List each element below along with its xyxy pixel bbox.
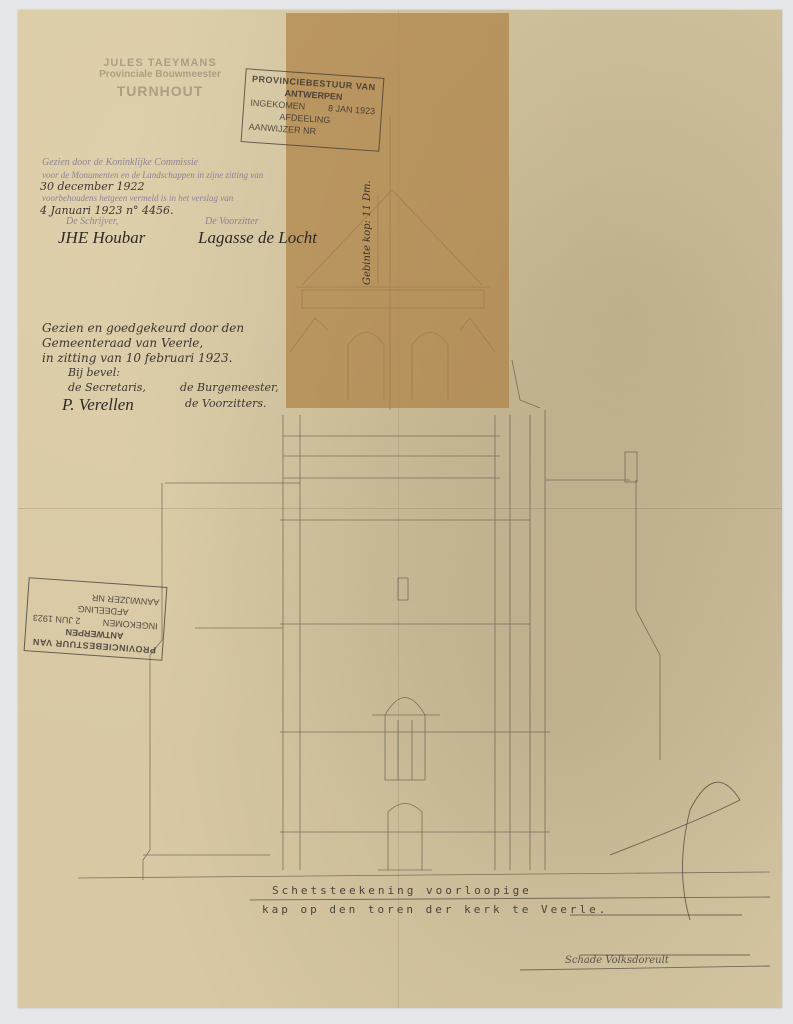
letterhead-name: JULES TAEYMANS: [60, 57, 260, 69]
letterhead-city: TURNHOUT: [60, 83, 260, 99]
secretary-signature: JHE Houbar: [58, 228, 145, 248]
commission-line-4: voorbehoudens hetgeen vermeld is in het …: [42, 192, 233, 204]
received-stamp: PROVINCIEBESTUUR VAN ANTWERPEN INGEKOMEN…: [241, 68, 385, 152]
architect-signature: Schade Volksdoreult: [565, 954, 669, 967]
council-line-3: in zitting van 10 februari 1923.: [42, 352, 232, 365]
chairman-label: De Voorzitter: [205, 216, 259, 228]
dimension-annotation: Gebinte kop: 11 Dm.: [362, 180, 373, 285]
received-stamp-mirrored: PROVINCIEBESTUUR VAN ANTWERPEN INGEKOMEN…: [24, 577, 168, 661]
council-mayor-sub: de Voorzitters.: [185, 397, 267, 410]
drawing-title-line-1: Schetsteekening voorloopige: [272, 884, 532, 897]
commission-line-1: Gezien door de Koninklijke Commissie: [42, 157, 198, 169]
letterhead-title: Provinciale Bouwmeester: [60, 69, 260, 80]
secretary-label: De Schrijver,: [66, 216, 118, 228]
council-line-1: Gezien en goedgekeurd door den: [42, 322, 244, 335]
council-secretary-label: de Secretaris,: [68, 381, 146, 394]
dimension-label: Gebinte kop:: [362, 220, 373, 285]
council-mayor-label: de Burgemeester,: [180, 381, 279, 394]
council-secretary-signature: P. Verellen: [62, 395, 134, 415]
tracing-paper-overlay: [286, 13, 509, 408]
dimension-value: 11 Dm.: [362, 180, 373, 217]
letterhead: JULES TAEYMANS Provinciale Bouwmeester T…: [60, 57, 260, 99]
council-line-4: Bij bevel:: [68, 366, 120, 379]
chairman-signature: Lagasse de Locht: [198, 228, 317, 248]
drawing-title-line-2: kap op den toren der kerk te Veerle.: [262, 903, 608, 916]
council-line-2: Gemeenteraad van Veerle,: [42, 337, 203, 350]
